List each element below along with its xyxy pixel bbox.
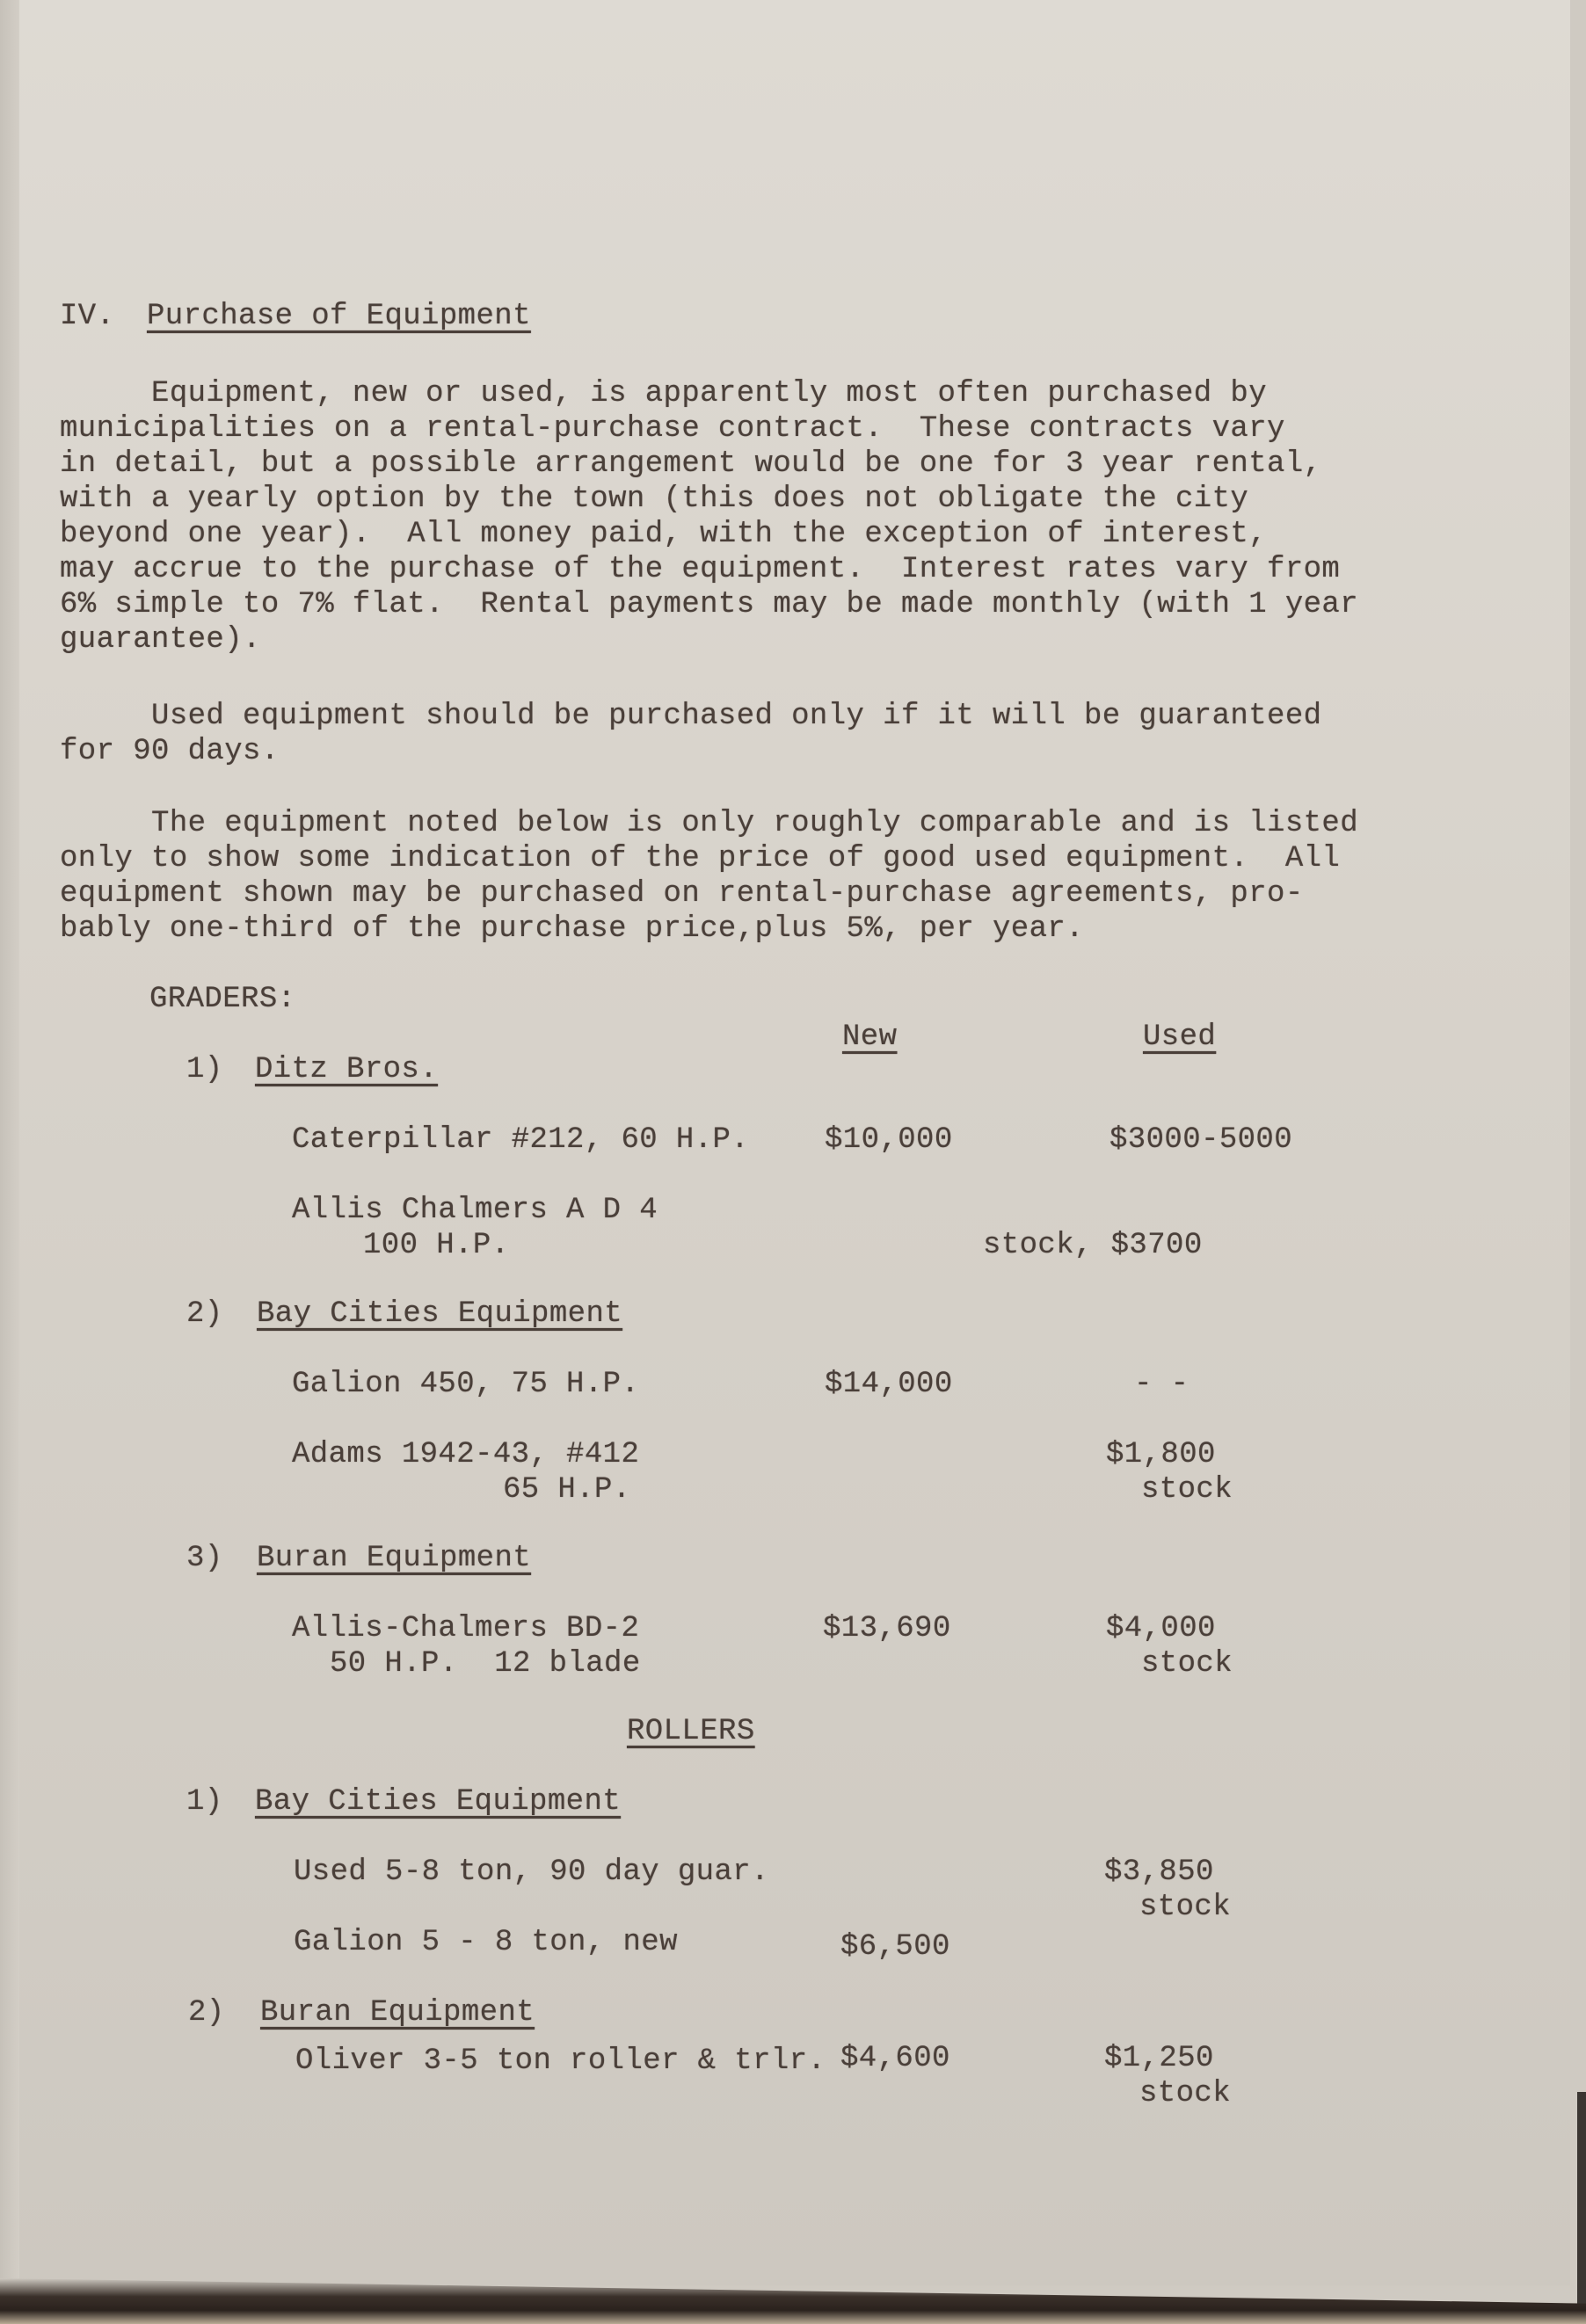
paragraph-line: The equipment noted below is only roughl… (60, 806, 1358, 841)
item-description: Galion 450, 75 H.P. (292, 1367, 639, 1402)
dealer-index: 1) (186, 1052, 223, 1087)
item-description-detail: 100 H.P. (363, 1228, 509, 1263)
dealer-name: Bay Cities Equipment (257, 1296, 622, 1332)
dealer-index: 1) (186, 1784, 223, 1819)
stock-note: stock (1141, 1646, 1233, 1681)
price-new: $14,000 (825, 1367, 953, 1402)
paragraph-line: may accrue to the purchase of the equipm… (60, 552, 1340, 587)
dealer-name: Bay Cities Equipment (255, 1784, 621, 1819)
item-description: Allis Chalmers A D 4 (292, 1193, 658, 1228)
item-description-detail: 65 H.P. (503, 1472, 631, 1507)
price-used: $4,000 (1106, 1611, 1216, 1646)
column-header-used: Used (1143, 1020, 1216, 1055)
price-new: $6,500 (840, 1929, 950, 1965)
item-description-detail: 50 H.P. 12 blade (330, 1646, 641, 1681)
price-new: $4,600 (840, 2041, 950, 2076)
paragraph-line: 6% simple to 7% flat. Rental payments ma… (60, 587, 1358, 622)
price-used: stock, $3700 (983, 1228, 1203, 1263)
column-header-new: New (842, 1020, 897, 1055)
paragraph-line: municipalities on a rental-purchase cont… (60, 411, 1285, 447)
dealer-index: 2) (188, 1995, 225, 2030)
dealer-index: 3) (186, 1541, 223, 1576)
graders-heading: GRADERS: (149, 982, 295, 1017)
paragraph-line: equipment shown may be purchased on rent… (60, 876, 1304, 911)
stock-note: stock (1139, 2076, 1231, 2111)
paragraph-line: in detail, but a possible arrangement wo… (60, 447, 1321, 482)
paragraph-line: Used equipment should be purchased only … (60, 699, 1321, 734)
price-used: $3,850 (1104, 1855, 1214, 1890)
dealer-name: Buran Equipment (257, 1541, 531, 1576)
paragraph-line: guarantee). (60, 622, 261, 657)
dealer-name: Buran Equipment (260, 1995, 535, 2030)
price-used: $1,250 (1104, 2041, 1214, 2076)
dealer-name: Ditz Bros. (255, 1052, 438, 1087)
item-description: Caterpillar #212, 60 H.P. (292, 1122, 749, 1158)
paragraph-line: for 90 days. (60, 734, 280, 769)
paragraph-line: Equipment, new or used, is apparently mo… (60, 376, 1267, 411)
stock-note: stock (1139, 1890, 1231, 1925)
paragraph-line: bably one-third of the purchase price,pl… (60, 911, 1084, 947)
price-new: $13,690 (823, 1611, 951, 1646)
page-right-shadow (1577, 2092, 1586, 2324)
section-number: IV. (60, 299, 114, 334)
page-binding-edge (0, 0, 21, 2324)
paragraph-line: with a yearly option by the town (this d… (60, 482, 1248, 517)
item-description: Used 5-8 ton, 90 day guar. (294, 1855, 769, 1890)
price-used: $1,800 (1106, 1437, 1216, 1472)
section-title: Purchase of Equipment (147, 299, 531, 334)
item-description: Oliver 3-5 ton roller & trlr. (295, 2044, 826, 2079)
paragraph-line: beyond one year). All money paid, with t… (60, 517, 1267, 552)
dealer-index: 2) (186, 1296, 223, 1332)
stock-note: stock (1141, 1472, 1233, 1507)
paragraph-line: only to show some indication of the pric… (60, 841, 1340, 876)
price-used: $3000-5000 (1109, 1122, 1292, 1158)
item-description: Galion 5 - 8 ton, new (294, 1925, 678, 1960)
item-description: Adams 1942-43, #412 (292, 1437, 639, 1472)
rollers-heading: ROLLERS (627, 1714, 755, 1749)
item-description: Allis-Chalmers BD-2 (292, 1611, 639, 1646)
document-page (19, 0, 1570, 2285)
price-used: - - (1134, 1367, 1189, 1402)
price-new: $10,000 (825, 1122, 953, 1158)
